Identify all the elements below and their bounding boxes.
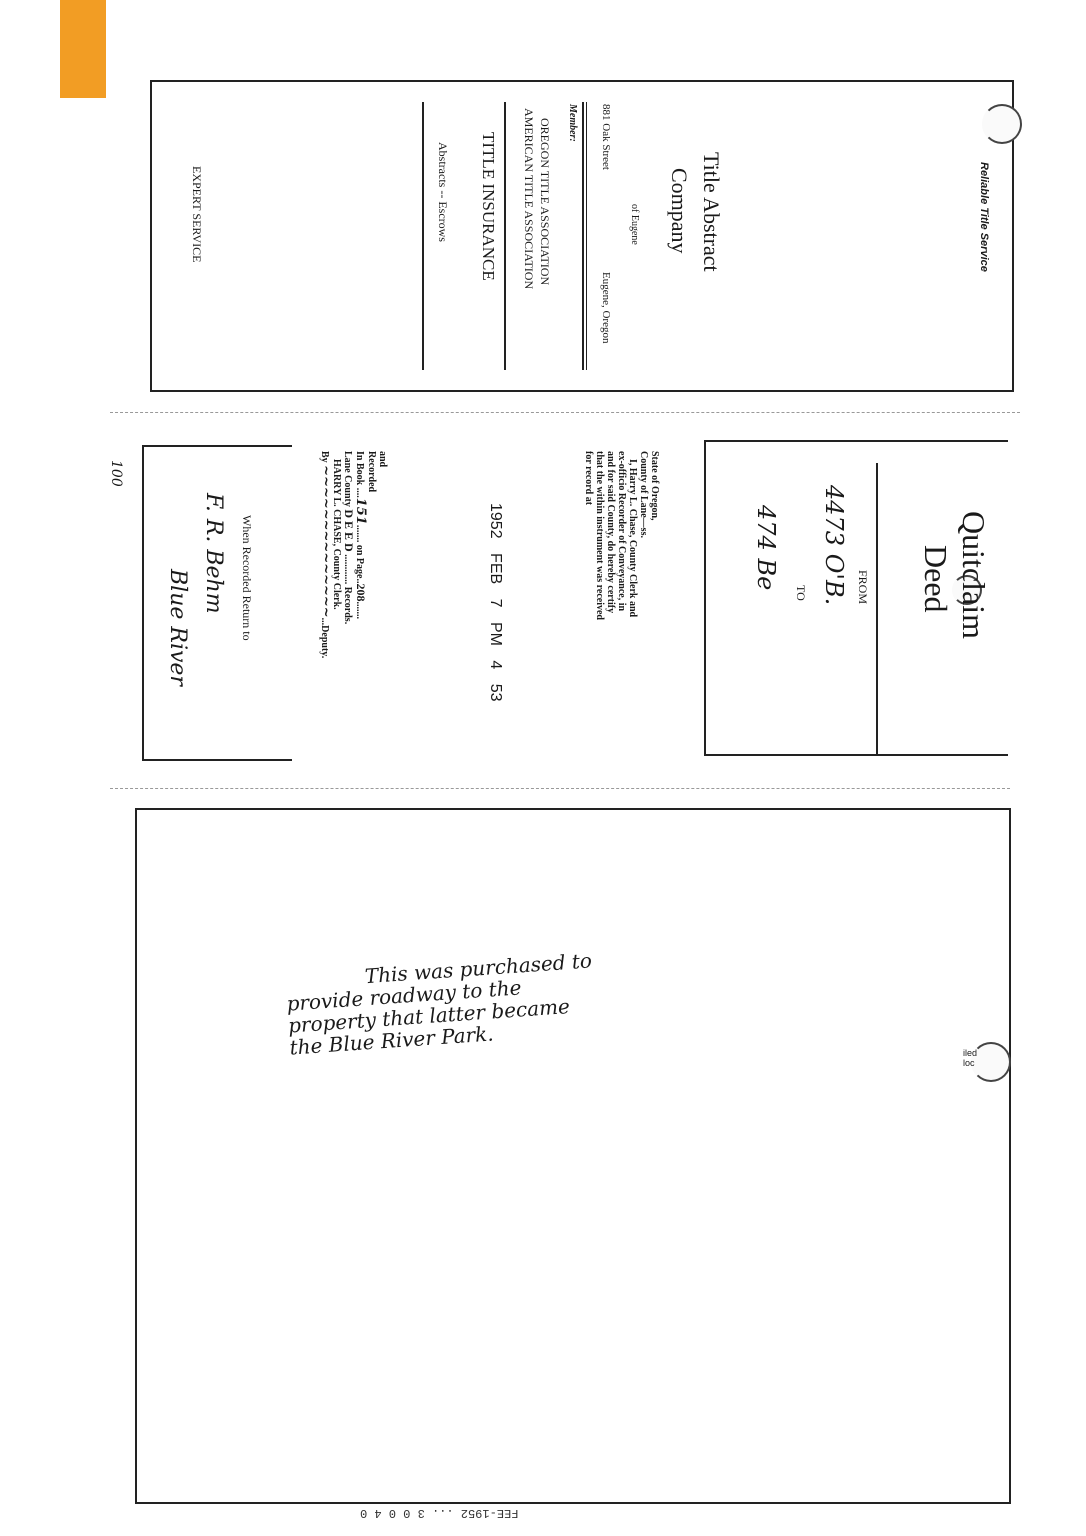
footer-strip-text: FEE-1952 ... 3 0 0 4 0 <box>360 1506 518 1520</box>
from-label: FROM <box>855 570 870 604</box>
fold-line <box>110 788 1010 790</box>
member-label: Member: <box>567 104 578 142</box>
address-street: 881 Oak Street <box>600 104 612 170</box>
to-value-handwritten: 474 Be <box>752 505 780 590</box>
note-panel: iled loc This was purchased to provide r… <box>135 808 1011 1504</box>
divider <box>582 102 584 370</box>
tagline: Reliable Title Service <box>978 162 990 272</box>
deed-title-line1: Quitclaim <box>955 511 992 639</box>
recording-info: and Recorded In Book ....151....... on P… <box>319 451 388 658</box>
orange-tab-marker <box>60 0 106 98</box>
return-label: When Recorded Return to <box>239 515 254 641</box>
company-name-line1: Title Abstract <box>698 152 724 272</box>
company-name-line2: Company <box>666 168 692 254</box>
address-city: Eugene, Oregon <box>600 272 612 343</box>
title-company-cover-panel: Reliable Title Service Title Abstract Co… <box>150 80 1014 392</box>
service-abstracts-escrows: Abstracts -- Escrows <box>435 142 450 242</box>
return-name-handwritten: F. R. Behm <box>201 493 226 614</box>
handwritten-note: This was purchased to provide roadway to… <box>284 949 597 1058</box>
recording-date-stamp: 1952 FEB 7 PM 4 53 <box>486 503 504 702</box>
company-city: of Eugene <box>629 204 640 245</box>
record-type: D E E D <box>342 509 356 551</box>
return-place-handwritten: Blue River <box>165 569 190 686</box>
divider <box>876 463 878 755</box>
association-american: AMERICAN TITLE ASSOCIATION <box>521 108 536 289</box>
margin-note: 100 <box>108 460 124 487</box>
association-oregon: OREGON TITLE ASSOCIATION <box>537 118 552 285</box>
to-label: TO <box>793 585 808 601</box>
divider <box>586 102 587 370</box>
divider <box>504 102 506 370</box>
divider <box>422 102 424 370</box>
deed-title-line2: Deed <box>917 545 954 613</box>
service-title-insurance: TITLE INSURANCE <box>478 132 498 281</box>
quitclaim-deed-panel: Quitclaim Deed FROM 4473 O'B. TO 474 Be … <box>142 445 1008 757</box>
hole-edge-text: iled loc <box>963 1048 977 1068</box>
expert-service-footer: EXPERT SERVICE <box>189 166 204 262</box>
recorder-certificate: State of Oregon, County of Lane—ss. I, H… <box>583 451 660 620</box>
from-value-handwritten: 4473 O'B. <box>820 485 848 605</box>
page-number: 208 <box>354 583 368 601</box>
fold-line <box>110 412 1020 414</box>
deputy-signature: ~~~~~~~~~~~~~~ <box>318 465 333 618</box>
punch-hole-icon <box>982 104 1022 144</box>
